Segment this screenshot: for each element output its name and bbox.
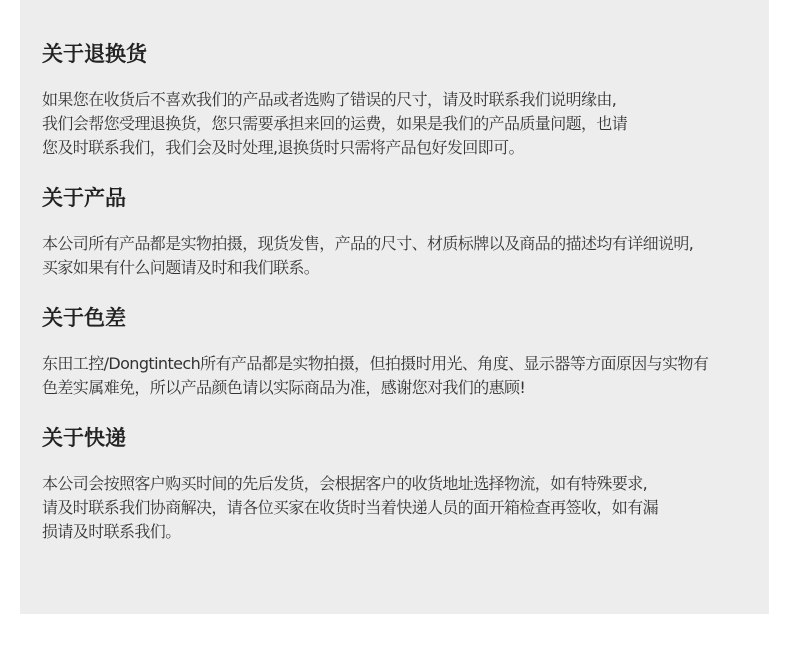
body-line: 您及时联系我们，我们会及时处理,退换货时只需将产品包好发回即可。 xyxy=(42,136,763,160)
section-shipping: 关于快递 本公司会按照客户购买时间的先后发货，会根据客户的收货地址选择物流，如有… xyxy=(42,423,763,544)
body-line: 损请及时联系我们。 xyxy=(42,520,763,544)
section-title: 关于退换货 xyxy=(42,39,763,69)
section-title: 关于产品 xyxy=(42,183,763,213)
policy-panel: 关于退换货 如果您在收货后不喜欢我们的产品或者选购了错误的尺寸，请及时联系我们说… xyxy=(20,0,769,614)
section-products: 关于产品 本公司所有产品都是实物拍摄，现货发售，产品的尺寸、材质标牌以及商品的描… xyxy=(42,183,763,280)
body-line: 本公司会按照客户购买时间的先后发货，会根据客户的收货地址选择物流，如有特殊要求, xyxy=(42,472,763,496)
body-line: 东田工控/Dongtintech所有产品都是实物拍摄，但拍摄时用光、角度、显示器… xyxy=(42,352,763,376)
section-color-difference: 关于色差 东田工控/Dongtintech所有产品都是实物拍摄，但拍摄时用光、角… xyxy=(42,303,763,400)
body-line: 如果您在收货后不喜欢我们的产品或者选购了错误的尺寸，请及时联系我们说明缘由, xyxy=(42,88,763,112)
section-body: 本公司所有产品都是实物拍摄，现货发售，产品的尺寸、材质标牌以及商品的描述均有详细… xyxy=(42,232,763,280)
body-line: 买家如果有什么问题请及时和我们联系。 xyxy=(42,256,763,280)
body-line: 本公司所有产品都是实物拍摄，现货发售，产品的尺寸、材质标牌以及商品的描述均有详细… xyxy=(42,232,763,256)
body-line: 色差实属难免，所以产品颜色请以实际商品为准，感谢您对我们的惠顾! xyxy=(42,376,763,400)
body-line: 我们会帮您受理退换货，您只需要承担来回的运费，如果是我们的产品质量问题，也请 xyxy=(42,112,763,136)
body-line: 请及时联系我们协商解决，请各位买家在收货时当着快递人员的面开箱检查再签收，如有漏 xyxy=(42,496,763,520)
section-body: 东田工控/Dongtintech所有产品都是实物拍摄，但拍摄时用光、角度、显示器… xyxy=(42,352,763,400)
section-body: 如果您在收货后不喜欢我们的产品或者选购了错误的尺寸，请及时联系我们说明缘由, 我… xyxy=(42,88,763,160)
section-body: 本公司会按照客户购买时间的先后发货，会根据客户的收货地址选择物流，如有特殊要求,… xyxy=(42,472,763,544)
section-title: 关于快递 xyxy=(42,423,763,453)
section-returns: 关于退换货 如果您在收货后不喜欢我们的产品或者选购了错误的尺寸，请及时联系我们说… xyxy=(42,39,763,160)
section-title: 关于色差 xyxy=(42,303,763,333)
